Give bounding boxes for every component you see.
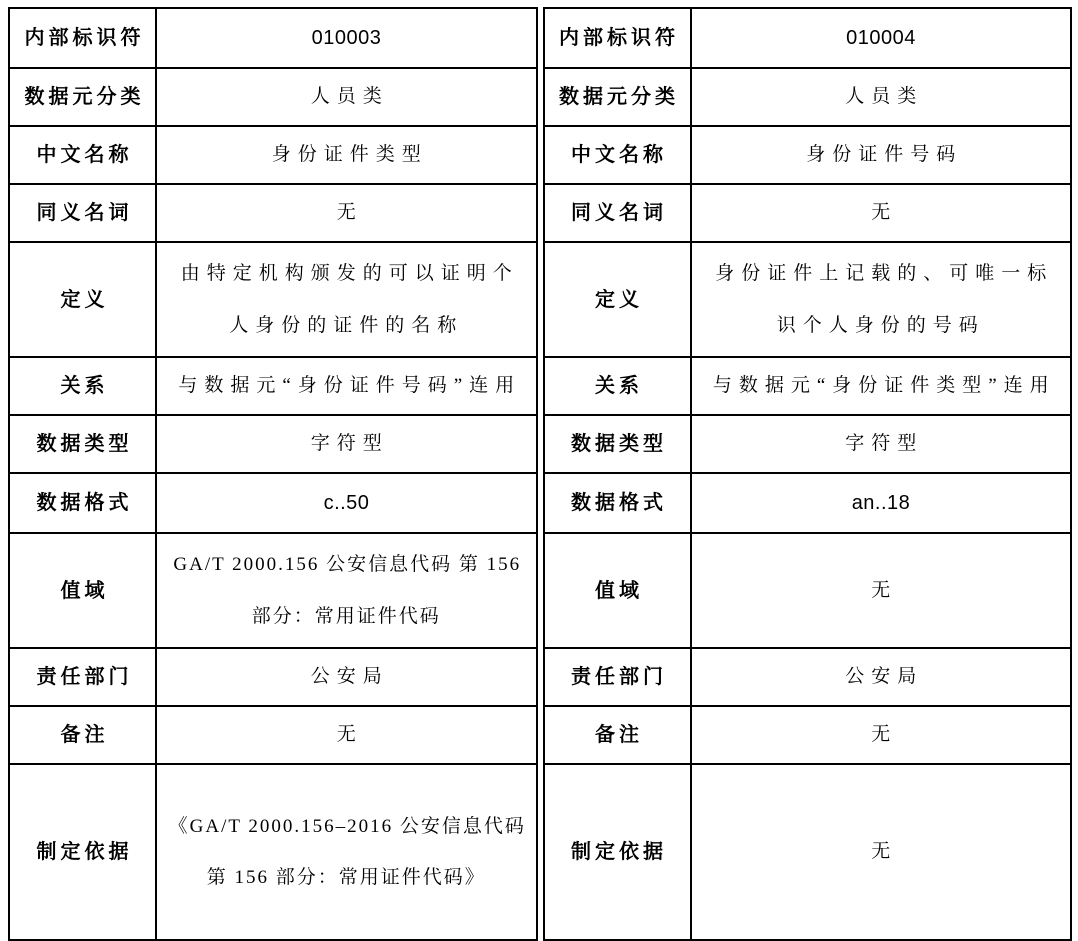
field-value: 身份证件类型 (156, 126, 537, 184)
field-value: 身份证件上记载的、可唯一标识个人身份的号码 (691, 242, 1072, 357)
field-value: 无 (691, 184, 1072, 242)
table-row: 制定依据 无 (544, 764, 1072, 940)
field-value: 无 (156, 706, 537, 764)
tables-row: 内部标识符 010003 数据元分类 人员类 中文名称 身份证件类型 同义名词 … (8, 7, 1072, 941)
table-row: 关系 与数据元“身份证件号码”连用 (9, 357, 537, 415)
field-value: 人员类 (156, 68, 537, 126)
field-label: 责任部门 (544, 648, 691, 706)
data-element-table-left: 内部标识符 010003 数据元分类 人员类 中文名称 身份证件类型 同义名词 … (8, 7, 538, 941)
field-value: 010004 (691, 8, 1072, 68)
field-value: 《GA/T 2000.156–2016 公安信息代码 第 156 部分：常用证件… (156, 764, 537, 940)
table-row: 数据元分类 人员类 (9, 68, 537, 126)
field-label: 同义名词 (9, 184, 156, 242)
table-row: 数据格式 c..50 (9, 473, 537, 533)
table-row: 备注 无 (544, 706, 1072, 764)
table-row: 中文名称 身份证件号码 (544, 126, 1072, 184)
field-label: 数据格式 (544, 473, 691, 533)
field-label: 数据类型 (9, 415, 156, 473)
document-page: 内部标识符 010003 数据元分类 人员类 中文名称 身份证件类型 同义名词 … (0, 0, 1078, 920)
field-label: 制定依据 (9, 764, 156, 940)
field-label: 值域 (9, 533, 156, 648)
field-value: 无 (156, 184, 537, 242)
table-row: 关系 与数据元“身份证件类型”连用 (544, 357, 1072, 415)
field-label: 定义 (544, 242, 691, 357)
table-row: 责任部门 公安局 (544, 648, 1072, 706)
field-value: 与数据元“身份证件类型”连用 (691, 357, 1072, 415)
field-label: 中文名称 (544, 126, 691, 184)
field-value: 由特定机构颁发的可以证明个人身份的证件的名称 (156, 242, 537, 357)
table-row: 同义名词 无 (544, 184, 1072, 242)
table-row: 同义名词 无 (9, 184, 537, 242)
field-label: 值域 (544, 533, 691, 648)
table-row: 数据类型 字符型 (544, 415, 1072, 473)
table-row: 内部标识符 010004 (544, 8, 1072, 68)
table-row: 制定依据 《GA/T 2000.156–2016 公安信息代码 第 156 部分… (9, 764, 537, 940)
field-value: GA/T 2000.156 公安信息代码 第 156 部分：常用证件代码 (156, 533, 537, 648)
field-label: 备注 (9, 706, 156, 764)
field-value: 010003 (156, 8, 537, 68)
field-value: 无 (691, 706, 1072, 764)
field-label: 内部标识符 (544, 8, 691, 68)
table-row: 值域 无 (544, 533, 1072, 648)
field-label: 内部标识符 (9, 8, 156, 68)
table-row: 值域 GA/T 2000.156 公安信息代码 第 156 部分：常用证件代码 (9, 533, 537, 648)
table-row: 内部标识符 010003 (9, 8, 537, 68)
field-label: 制定依据 (544, 764, 691, 940)
field-value: c..50 (156, 473, 537, 533)
field-label: 定义 (9, 242, 156, 357)
field-label: 关系 (544, 357, 691, 415)
table-row: 定义 由特定机构颁发的可以证明个人身份的证件的名称 (9, 242, 537, 357)
field-value: 身份证件号码 (691, 126, 1072, 184)
field-label: 中文名称 (9, 126, 156, 184)
field-label: 数据格式 (9, 473, 156, 533)
field-value: 无 (691, 764, 1072, 940)
field-value: 字符型 (156, 415, 537, 473)
field-label: 责任部门 (9, 648, 156, 706)
table-row: 责任部门 公安局 (9, 648, 537, 706)
table-row: 数据格式 an..18 (544, 473, 1072, 533)
table-row: 数据元分类 人员类 (544, 68, 1072, 126)
field-value: an..18 (691, 473, 1072, 533)
field-value: 字符型 (691, 415, 1072, 473)
field-label: 备注 (544, 706, 691, 764)
field-value: 无 (691, 533, 1072, 648)
field-label: 数据元分类 (544, 68, 691, 126)
table-row: 定义 身份证件上记载的、可唯一标识个人身份的号码 (544, 242, 1072, 357)
field-label: 同义名词 (544, 184, 691, 242)
table-row: 数据类型 字符型 (9, 415, 537, 473)
field-label: 数据类型 (544, 415, 691, 473)
field-value: 与数据元“身份证件号码”连用 (156, 357, 537, 415)
table-row: 备注 无 (9, 706, 537, 764)
field-value: 公安局 (156, 648, 537, 706)
field-value: 人员类 (691, 68, 1072, 126)
table-row: 中文名称 身份证件类型 (9, 126, 537, 184)
field-value: 公安局 (691, 648, 1072, 706)
field-label: 数据元分类 (9, 68, 156, 126)
data-element-table-right: 内部标识符 010004 数据元分类 人员类 中文名称 身份证件号码 同义名词 … (543, 7, 1073, 941)
field-label: 关系 (9, 357, 156, 415)
